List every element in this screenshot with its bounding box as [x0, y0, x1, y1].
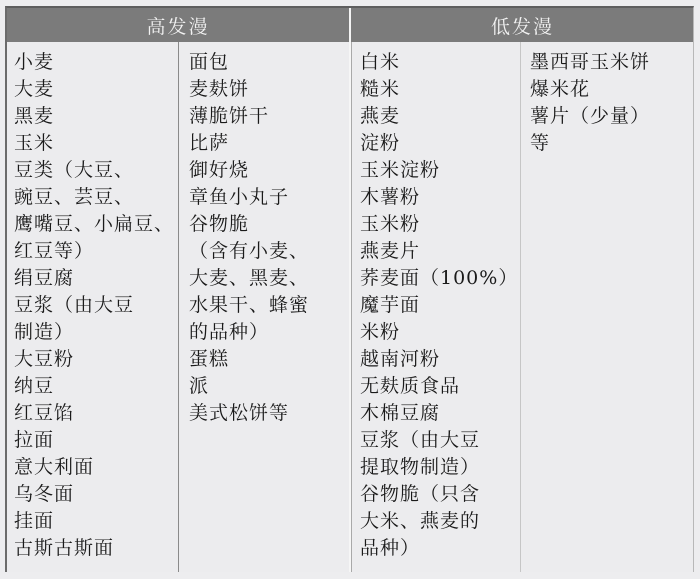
- food-table: 高发漫 低发漫 小麦大麦黑麦玉米豆类（大豆、豌豆、芸豆、鹰嘴豆、小扁豆、红豆等）…: [5, 6, 694, 572]
- list-item: 白米: [360, 49, 520, 76]
- list-item: 木棉豆腐: [360, 400, 520, 427]
- list-item: 大米、燕麦的: [360, 508, 520, 535]
- list-item: 谷物脆（只含: [360, 481, 520, 508]
- list-item: 薄脆饼干: [189, 103, 349, 130]
- list-item: 绢豆腐: [14, 265, 178, 292]
- list-item: 红豆等）: [14, 238, 178, 265]
- list-item: 等: [530, 130, 692, 157]
- list-item: 面包: [189, 49, 349, 76]
- header-high: 高发漫: [7, 8, 349, 42]
- list-item: 玉米淀粉: [360, 157, 520, 184]
- list-item: 挂面: [14, 508, 178, 535]
- list-item: 章鱼小丸子: [189, 184, 349, 211]
- list-item: 玉米粉: [360, 211, 520, 238]
- list-item: 米粉: [360, 319, 520, 346]
- list-item: 豌豆、芸豆、: [14, 184, 178, 211]
- list-item: 提取物制造）: [360, 454, 520, 481]
- list-item: 美式松饼等: [189, 400, 349, 427]
- list-item: 无麸质食品: [360, 373, 520, 400]
- list-item: 薯片（少量）: [530, 103, 692, 130]
- list-item: 黑麦: [14, 103, 178, 130]
- list-item: 豆浆（由大豆: [14, 292, 178, 319]
- list-item: 木薯粉: [360, 184, 520, 211]
- list-item: （含有小麦、: [189, 238, 349, 265]
- list-item: 大麦、黑麦、: [189, 265, 349, 292]
- list-item: 麦麸饼: [189, 76, 349, 103]
- list-item: 意大利面: [14, 454, 178, 481]
- list-item: 糙米: [360, 76, 520, 103]
- list-item: 古斯古斯面: [14, 535, 178, 562]
- column-high-1: 小麦大麦黑麦玉米豆类（大豆、豌豆、芸豆、鹰嘴豆、小扁豆、红豆等）绢豆腐豆浆（由大…: [7, 42, 178, 572]
- list-item: 小麦: [14, 49, 178, 76]
- table-body: 小麦大麦黑麦玉米豆类（大豆、豌豆、芸豆、鹰嘴豆、小扁豆、红豆等）绢豆腐豆浆（由大…: [7, 42, 693, 572]
- column-low-1: 白米糙米燕麦淀粉玉米淀粉木薯粉玉米粉燕麦片荞麦面（100%）魔芋面米粉越南河粉无…: [349, 42, 520, 572]
- list-item: 比萨: [189, 130, 349, 157]
- list-item: 蛋糕: [189, 346, 349, 373]
- list-item: 水果干、蜂蜜: [189, 292, 349, 319]
- list-item: 拉面: [14, 427, 178, 454]
- list-item: 豆浆（由大豆: [360, 427, 520, 454]
- list-item: 红豆馅: [14, 400, 178, 427]
- list-item: 纳豆: [14, 373, 178, 400]
- list-item: 燕麦片: [360, 238, 520, 265]
- list-item: 鹰嘴豆、小扁豆、: [14, 211, 178, 238]
- header-low: 低发漫: [349, 8, 694, 42]
- list-item: 的品种）: [189, 319, 349, 346]
- list-item: 荞麦面（100%）: [360, 265, 520, 292]
- list-item: 越南河粉: [360, 346, 520, 373]
- list-item: 品种）: [360, 535, 520, 562]
- list-item: 燕麦: [360, 103, 520, 130]
- list-item: 大豆粉: [14, 346, 178, 373]
- list-item: 墨西哥玉米饼: [530, 49, 692, 76]
- list-item: 制造）: [14, 319, 178, 346]
- list-item: 大麦: [14, 76, 178, 103]
- list-item: 派: [189, 373, 349, 400]
- column-low-2: 墨西哥玉米饼爆米花薯片（少量）等: [520, 42, 692, 572]
- list-item: 魔芋面: [360, 292, 520, 319]
- list-item: 玉米: [14, 130, 178, 157]
- list-item: 乌冬面: [14, 481, 178, 508]
- column-high-2: 面包麦麸饼薄脆饼干比萨御好烧章鱼小丸子谷物脆（含有小麦、大麦、黑麦、水果干、蜂蜜…: [178, 42, 349, 572]
- list-item: 淀粉: [360, 130, 520, 157]
- list-item: 御好烧: [189, 157, 349, 184]
- list-item: 爆米花: [530, 76, 692, 103]
- list-item: 豆类（大豆、: [14, 157, 178, 184]
- list-item: 谷物脆: [189, 211, 349, 238]
- table-header: 高发漫 低发漫: [7, 8, 693, 42]
